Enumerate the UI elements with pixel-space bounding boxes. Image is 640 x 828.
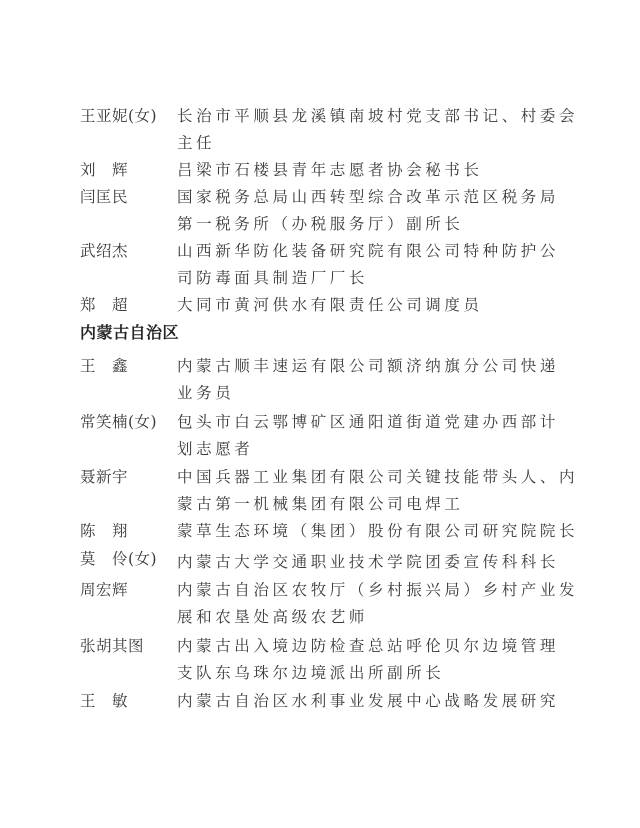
title-line: 内蒙古自治区水利事业发展中心战略发展研究 xyxy=(177,688,537,715)
person-name: 常笑楠(女) xyxy=(80,409,176,436)
title-line: 包头市白云鄂博矿区通阳道街道党建办西部计 xyxy=(177,409,537,436)
person-title: 内蒙古自治区水利事业发展中心战略发展研究 xyxy=(177,688,537,715)
person-name: 刘 辉 xyxy=(80,157,176,184)
title-line: 司防毒面具制造厂厂长 xyxy=(177,265,537,292)
person-title: 大同市黄河供水有限责任公司调度员 xyxy=(177,292,537,319)
title-line: 山西新华防化装备研究院有限公司特种防护公 xyxy=(177,238,537,265)
person-name: 陈 翔 xyxy=(80,518,176,545)
person-title: 中国兵器工业集团有限公司关键技能带头人、内 蒙古第一机械集团有限公司电焊工 xyxy=(177,464,537,518)
title-line: 内蒙古自治区农牧厅（乡村振兴局）乡村产业发 xyxy=(177,577,537,604)
person-title: 国家税务总局山西转型综合改革示范区税务局 第一税务所（办税服务厅）副所长 xyxy=(177,184,537,238)
title-line: 吕梁市石楼县青年志愿者协会秘书长 xyxy=(177,157,537,184)
person-name: 聂新宇 xyxy=(80,464,176,491)
person-name: 周宏辉 xyxy=(80,577,176,604)
title-line: 内蒙古出入境边防检查总站呼伦贝尔边境管理 xyxy=(177,633,537,660)
title-line: 国家税务总局山西转型综合改革示范区税务局 xyxy=(177,184,537,211)
person-title: 山西新华防化装备研究院有限公司特种防护公 司防毒面具制造厂厂长 xyxy=(177,238,537,292)
document-page: 王亚妮(女) 长治市平顺县龙溪镇南坡村党支部书记、村委会 主任 刘 辉 吕梁市石… xyxy=(0,0,640,828)
title-line: 划志愿者 xyxy=(177,436,537,463)
person-title: 蒙草生态环境（集团）股份有限公司研究院院长 xyxy=(177,518,537,545)
person-name: 王 鑫 xyxy=(80,353,176,380)
person-title: 长治市平顺县龙溪镇南坡村党支部书记、村委会 主任 xyxy=(177,103,537,157)
title-line: 蒙古第一机械集团有限公司电焊工 xyxy=(177,491,537,518)
person-name: 张胡其图 xyxy=(80,633,176,660)
title-line: 大同市黄河供水有限责任公司调度员 xyxy=(177,292,537,319)
person-name: 郑 超 xyxy=(80,292,176,319)
title-line: 主任 xyxy=(177,130,537,157)
title-line: 展和农垦处高级农艺师 xyxy=(177,604,537,631)
person-title: 包头市白云鄂博矿区通阳道街道党建办西部计 划志愿者 xyxy=(177,409,537,463)
person-title: 内蒙古大学交通职业技术学院团委宣传科科长 xyxy=(177,549,537,576)
person-title: 内蒙古顺丰速运有限公司额济纳旗分公司快递 业务员 xyxy=(177,353,537,407)
person-name: 武绍杰 xyxy=(80,238,176,265)
person-title: 内蒙古出入境边防检查总站呼伦贝尔边境管理 支队东乌珠尔边境派出所副所长 xyxy=(177,633,537,687)
person-name: 闫匡民 xyxy=(80,184,176,211)
title-line: 第一税务所（办税服务厅）副所长 xyxy=(177,211,537,238)
section-heading: 内蒙古自治区 xyxy=(80,319,179,346)
person-title: 内蒙古自治区农牧厅（乡村振兴局）乡村产业发 展和农垦处高级农艺师 xyxy=(177,577,537,631)
title-line: 长治市平顺县龙溪镇南坡村党支部书记、村委会 xyxy=(177,103,537,130)
title-line: 中国兵器工业集团有限公司关键技能带头人、内 xyxy=(177,464,537,491)
person-name: 莫 伶(女) xyxy=(80,546,176,573)
title-line: 支队东乌珠尔边境派出所副所长 xyxy=(177,660,537,687)
title-line: 内蒙古顺丰速运有限公司额济纳旗分公司快递 xyxy=(177,353,537,380)
person-name: 王亚妮(女) xyxy=(80,103,176,130)
title-line: 内蒙古大学交通职业技术学院团委宣传科科长 xyxy=(177,549,537,576)
person-title: 吕梁市石楼县青年志愿者协会秘书长 xyxy=(177,157,537,184)
person-name: 王 敏 xyxy=(80,688,176,715)
title-line: 蒙草生态环境（集团）股份有限公司研究院院长 xyxy=(177,518,537,545)
title-line: 业务员 xyxy=(177,380,537,407)
